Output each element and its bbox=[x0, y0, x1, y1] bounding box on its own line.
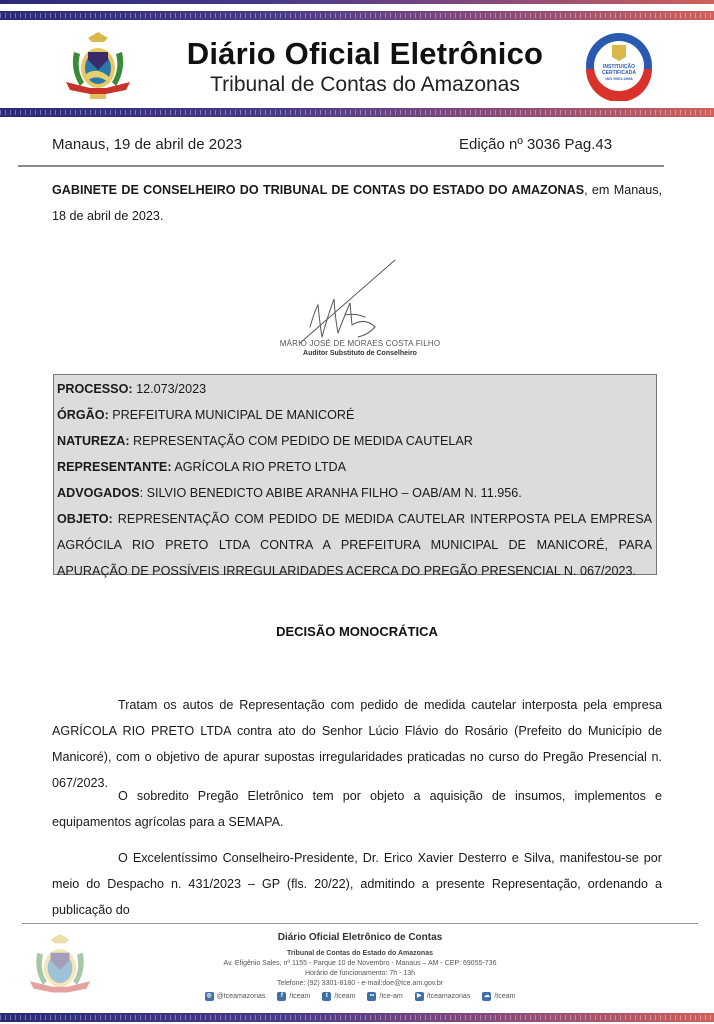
decision-paragraph-1: Tratam os autos de Representação com ped… bbox=[52, 692, 662, 796]
decision-paragraph-2: O sobredito Pregão Eletrônico tem por ob… bbox=[52, 783, 662, 835]
instagram-icon: ◎ bbox=[205, 992, 214, 1001]
social-label: /tceam bbox=[494, 993, 515, 1000]
dateline-divider bbox=[18, 165, 664, 167]
field-natureza: NATUREZA: REPRESENTAÇÃO COM PEDIDO DE ME… bbox=[57, 428, 652, 454]
footer-decorative-band bbox=[0, 1013, 714, 1022]
footer-hours: Horário de funcionamento: 7h - 13h bbox=[180, 969, 540, 979]
field-advogados: ADVOGADOS: SILVIO BENEDICTO ABIBE ARANHA… bbox=[57, 480, 652, 506]
field-orgao: ÓRGÃO: PREFEITURA MUNICIPAL DE MANICORÉ bbox=[57, 402, 652, 428]
gabinete-name: GABINETE DE CONSELHEIRO DO TRIBUNAL DE C… bbox=[52, 183, 584, 197]
social-soundcloud[interactable]: ☁/tceam bbox=[482, 992, 515, 1001]
footer-subtitle: Tribunal de Contas do Estado do Amazonas bbox=[180, 948, 540, 959]
field-label: REPRESENTANTE: bbox=[57, 460, 172, 474]
field-representante: REPRESENTANTE: AGRÍCOLA RIO PRETO LTDA bbox=[57, 454, 652, 480]
facebook-icon: f bbox=[277, 992, 286, 1001]
header-decorative-band-thin bbox=[0, 0, 714, 4]
field-label: ÓRGÃO: bbox=[57, 408, 109, 422]
social-flickr[interactable]: ••/tce-am bbox=[367, 992, 402, 1001]
social-label: @tceamazonas bbox=[217, 993, 266, 1000]
header-decorative-band bbox=[0, 11, 714, 20]
svg-text:ISO 9001:2008: ISO 9001:2008 bbox=[605, 76, 633, 81]
social-youtube[interactable]: ▶/tceamazonas bbox=[415, 992, 471, 1001]
field-label: OBJETO: bbox=[57, 512, 113, 526]
edition-page: Edição nº 3036 Pag.43 bbox=[459, 136, 612, 153]
journal-title: Diário Oficial Eletrônico bbox=[150, 36, 580, 72]
signatory-name: MÁRIO JOSÉ DE MORAES COSTA FILHO bbox=[240, 339, 480, 348]
gabinete-statement: GABINETE DE CONSELHEIRO DO TRIBUNAL DE C… bbox=[52, 177, 662, 229]
field-value: REPRESENTAÇÃO COM PEDIDO DE MEDIDA CAUTE… bbox=[57, 512, 652, 578]
signatory-role: Auditor Substituto de Conselheiro bbox=[240, 350, 480, 357]
decision-paragraph-3: O Excelentíssimo Conselheiro-Presidente,… bbox=[52, 845, 662, 923]
header-decorative-band-bottom bbox=[0, 108, 714, 117]
field-value: : SILVIO BENEDICTO ABIBE ARANHA FILHO – … bbox=[140, 486, 522, 500]
field-processo: PROCESSO: 12.073/2023 bbox=[57, 376, 652, 402]
social-label: /tceamazonas bbox=[427, 993, 471, 1000]
footer-address: Av. Efigênio Sales, nº 1155 - Parque 10 … bbox=[180, 959, 540, 969]
decision-title: DECISÃO MONOCRÁTICA bbox=[52, 624, 662, 639]
flickr-icon: •• bbox=[367, 992, 376, 1001]
field-label: NATUREZA: bbox=[57, 434, 130, 448]
social-facebook[interactable]: f/tceam bbox=[277, 992, 310, 1001]
handwritten-signature-icon bbox=[240, 255, 480, 365]
social-instagram[interactable]: ◎@tceamazonas bbox=[205, 992, 266, 1001]
field-objeto: OBJETO: REPRESENTAÇÃO COM PEDIDO DE MEDI… bbox=[57, 506, 652, 584]
twitter-icon: t bbox=[322, 992, 331, 1001]
field-value: 12.073/2023 bbox=[133, 382, 207, 396]
footer-contact: Telefone: (92) 3301-8180 - e-mail:doe@tc… bbox=[180, 979, 540, 989]
field-label: ADVOGADOS bbox=[57, 486, 140, 500]
journal-subtitle: Tribunal de Contas do Amazonas bbox=[150, 73, 580, 97]
youtube-icon: ▶ bbox=[415, 992, 424, 1001]
footer-title: Diário Oficial Eletrônico de Contas bbox=[180, 931, 540, 945]
social-label: /tceam bbox=[334, 993, 355, 1000]
footer-coat-of-arms-icon bbox=[24, 932, 96, 1000]
field-value: REPRESENTAÇÃO COM PEDIDO DE MEDIDA CAUTE… bbox=[130, 434, 473, 448]
svg-text:INSTITUIÇÃO: INSTITUIÇÃO bbox=[603, 63, 635, 70]
certified-institution-seal-icon: INSTITUIÇÃO CERTIFICADA ISO 9001:2008 bbox=[584, 31, 654, 101]
field-value: AGRÍCOLA RIO PRETO LTDA bbox=[172, 460, 347, 474]
social-links: ◎@tceamazonas f/tceam t/tceam ••/tce-am … bbox=[180, 992, 540, 1001]
publication-date: Manaus, 19 de abril de 2023 bbox=[52, 136, 242, 153]
footer-divider bbox=[22, 923, 698, 924]
field-value: PREFEITURA MUNICIPAL DE MANICORÉ bbox=[109, 408, 355, 422]
social-label: /tceam bbox=[289, 993, 310, 1000]
social-label: /tce-am bbox=[379, 993, 402, 1000]
process-info-box: PROCESSO: 12.073/2023 ÓRGÃO: PREFEITURA … bbox=[53, 374, 657, 575]
amazonas-coat-of-arms-icon bbox=[60, 30, 136, 102]
social-twitter[interactable]: t/tceam bbox=[322, 992, 355, 1001]
field-label: PROCESSO: bbox=[57, 382, 133, 396]
soundcloud-icon: ☁ bbox=[482, 992, 491, 1001]
footer-info: Diário Oficial Eletrônico de Contas Trib… bbox=[180, 931, 540, 1001]
